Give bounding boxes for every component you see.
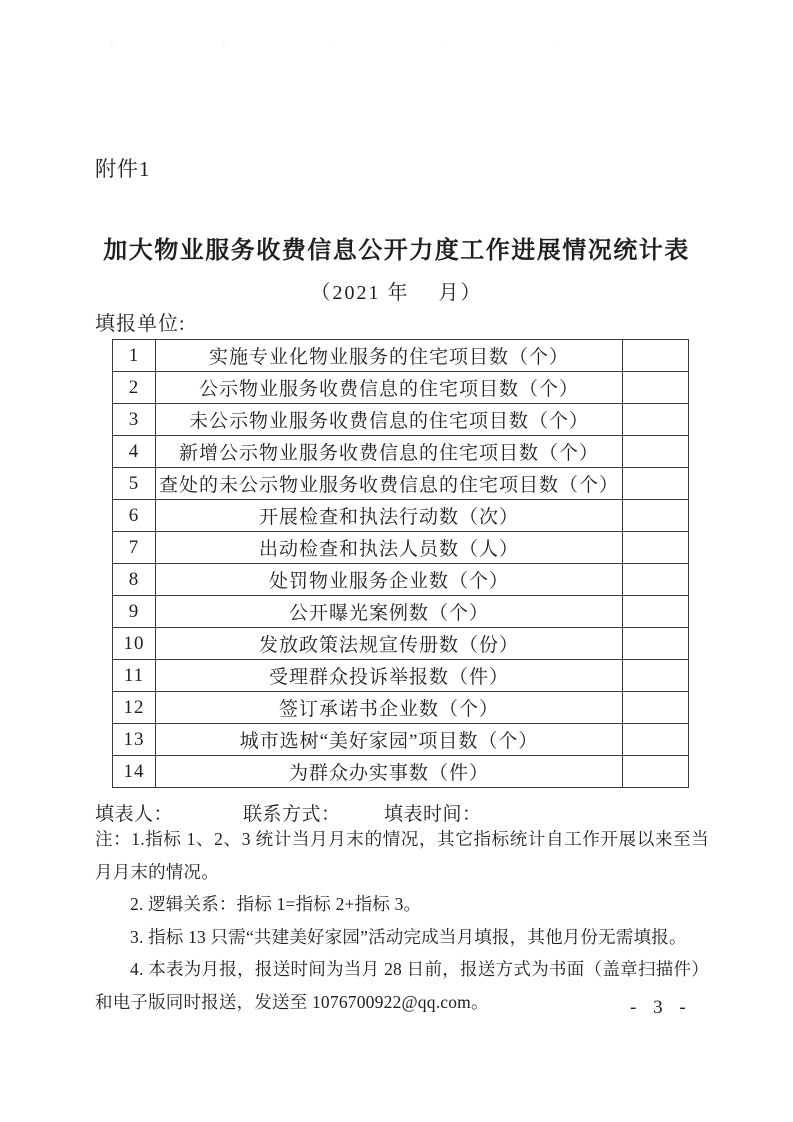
reporting-unit-label: 填报单位:: [95, 307, 186, 336]
value-cell: [623, 468, 689, 500]
value-cell: [623, 660, 689, 692]
document-subtitle: （2021 年 月）: [60, 276, 733, 305]
page-number: - 3 -: [630, 997, 692, 1019]
row-number-cell: 2: [113, 372, 156, 404]
indicator-cell: 查处的未公示物业服务收费信息的住宅项目数（个）: [156, 468, 623, 500]
scan-artifact: +: [222, 41, 226, 45]
row-number-cell: 10: [113, 628, 156, 660]
indicator-cell: 公示物业服务收费信息的住宅项目数（个）: [156, 372, 623, 404]
value-cell: [623, 372, 689, 404]
indicator-cell: 受理群众投诉举报数（件）: [156, 660, 623, 692]
indicator-table: 1 实施专业化物业服务的住宅项目数（个） 2 公示物业服务收费信息的住宅项目数（…: [112, 339, 689, 788]
note-2: 2. 逻辑关系：指标 1=指标 2+指标 3。: [95, 888, 709, 921]
notes-section: 注：1.指标 1、2、3 统计当月月末的情况，其它指标统计自工作开展以来至当月月…: [95, 823, 709, 1018]
contact-method-label: 联系方式：: [243, 799, 341, 826]
table-row: 8 处罚物业服务企业数（个）: [113, 564, 689, 596]
table-row: 5 查处的未公示物业服务收费信息的住宅项目数（个）: [113, 468, 689, 500]
row-number-cell: 4: [113, 436, 156, 468]
table-row: 13 城市选树“美好家园”项目数（个）: [113, 724, 689, 756]
document-page: + + . ' ' 附件1 加大物业服务收费信息公开力度工作进展情况统计表 （2…: [0, 0, 793, 1122]
value-cell: [623, 500, 689, 532]
scan-artifact: +: [110, 41, 114, 45]
scan-artifact: ': [557, 41, 561, 45]
indicator-cell: 开展检查和执法行动数（次）: [156, 500, 623, 532]
indicator-cell: 处罚物业服务企业数（个）: [156, 564, 623, 596]
value-cell: [623, 564, 689, 596]
attachment-label: 附件1: [95, 153, 151, 183]
row-number-cell: 8: [113, 564, 156, 596]
indicator-table-body: 1 实施专业化物业服务的住宅项目数（个） 2 公示物业服务收费信息的住宅项目数（…: [113, 340, 689, 788]
note-1: 注：1.指标 1、2、3 统计当月月末的情况，其它指标统计自工作开展以来至当月月…: [95, 823, 709, 888]
table-row: 12 签订承诺书企业数（个）: [113, 692, 689, 724]
scan-artifact: .: [333, 41, 337, 45]
row-number-cell: 14: [113, 756, 156, 788]
value-cell: [623, 532, 689, 564]
indicator-cell: 城市选树“美好家园”项目数（个）: [156, 724, 623, 756]
scan-artifact: ': [445, 41, 449, 45]
table-row: 14 为群众办实事数（件）: [113, 756, 689, 788]
row-number-cell: 11: [113, 660, 156, 692]
row-number-cell: 12: [113, 692, 156, 724]
table-row: 1 实施专业化物业服务的住宅项目数（个）: [113, 340, 689, 372]
row-number-cell: 3: [113, 404, 156, 436]
table-row: 2 公示物业服务收费信息的住宅项目数（个）: [113, 372, 689, 404]
value-cell: [623, 596, 689, 628]
indicator-cell: 发放政策法规宣传册数（份）: [156, 628, 623, 660]
fill-time-label: 填表时间：: [384, 799, 482, 826]
table-row: 7 出动检查和执法人员数（人）: [113, 532, 689, 564]
indicator-cell: 为群众办实事数（件）: [156, 756, 623, 788]
value-cell: [623, 404, 689, 436]
table-row: 4 新增公示物业服务收费信息的住宅项目数（个）: [113, 436, 689, 468]
value-cell: [623, 628, 689, 660]
indicator-cell: 新增公示物业服务收费信息的住宅项目数（个）: [156, 436, 623, 468]
document-title: 加大物业服务收费信息公开力度工作进展情况统计表: [60, 230, 733, 265]
value-cell: [623, 436, 689, 468]
form-filler-label: 填表人：: [95, 799, 173, 826]
indicator-cell: 签订承诺书企业数（个）: [156, 692, 623, 724]
row-number-cell: 7: [113, 532, 156, 564]
row-number-cell: 13: [113, 724, 156, 756]
row-number-cell: 5: [113, 468, 156, 500]
indicator-cell: 实施专业化物业服务的住宅项目数（个）: [156, 340, 623, 372]
value-cell: [623, 756, 689, 788]
table-row: 3 未公示物业服务收费信息的住宅项目数（个）: [113, 404, 689, 436]
table-row: 11 受理群众投诉举报数（件）: [113, 660, 689, 692]
table-row: 6 开展检查和执法行动数（次）: [113, 500, 689, 532]
row-number-cell: 6: [113, 500, 156, 532]
table-row: 9 公开曝光案例数（个）: [113, 596, 689, 628]
indicator-cell: 出动检查和执法人员数（人）: [156, 532, 623, 564]
row-number-cell: 9: [113, 596, 156, 628]
value-cell: [623, 724, 689, 756]
indicator-cell: 未公示物业服务收费信息的住宅项目数（个）: [156, 404, 623, 436]
value-cell: [623, 340, 689, 372]
row-number-cell: 1: [113, 340, 156, 372]
indicator-cell: 公开曝光案例数（个）: [156, 596, 623, 628]
note-3: 3. 指标 13 只需“共建美好家园”活动完成当月填报，其他月份无需填报。: [95, 921, 709, 954]
note-4: 4. 本表为月报，报送时间为当月 28 日前，报送方式为书面（盖章扫描件）和电子…: [95, 953, 709, 1018]
value-cell: [623, 692, 689, 724]
table-row: 10 发放政策法规宣传册数（份）: [113, 628, 689, 660]
